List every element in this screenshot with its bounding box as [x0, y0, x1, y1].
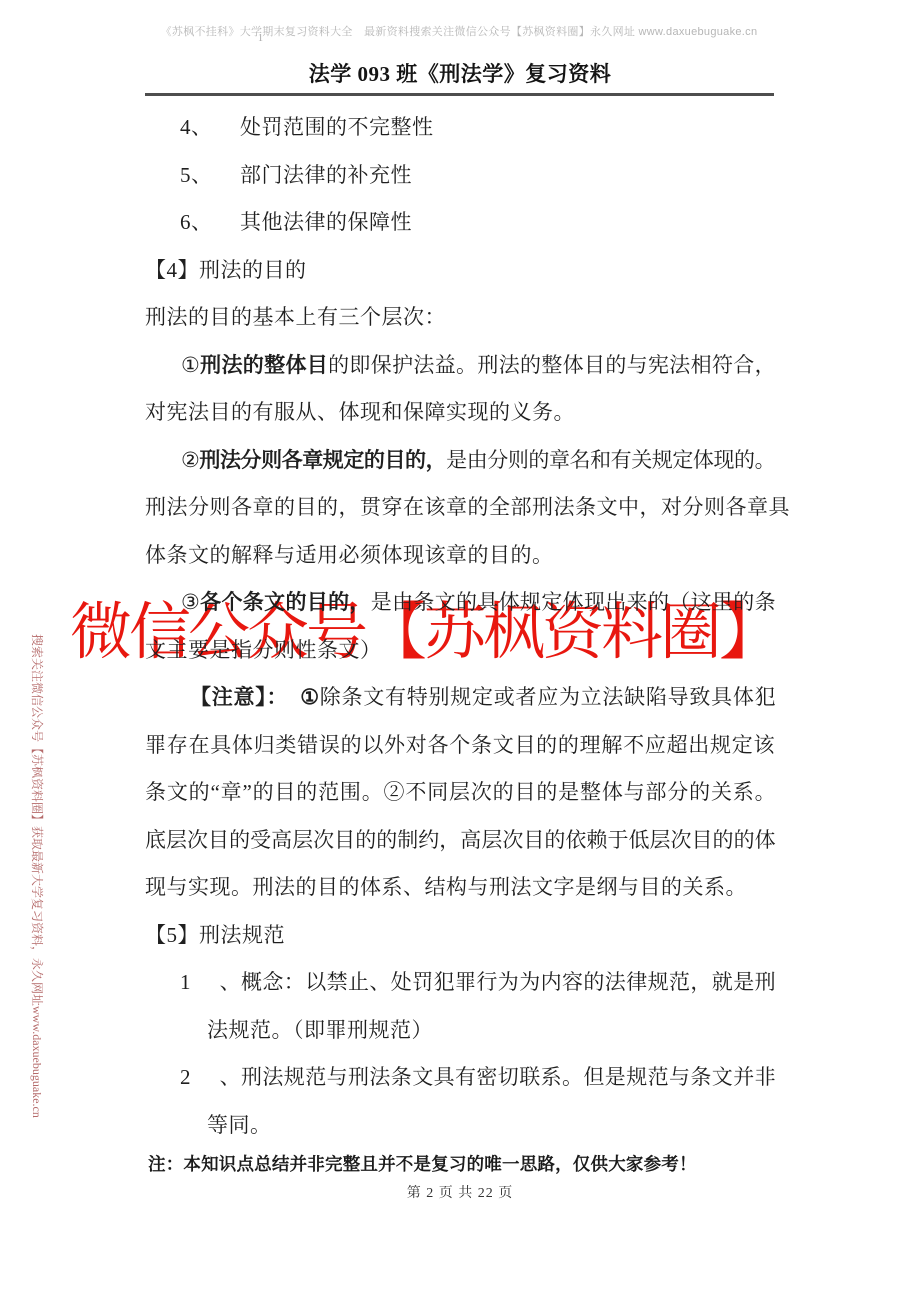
list-item-1-continuation: 法规范。（即罪刑规范） — [145, 1007, 775, 1055]
point-3-bold: 各个条文的目的， — [200, 590, 371, 614]
paragraph-point-1-line-2: 对宪法目的有服从、体现和保障实现的义务。 — [145, 389, 775, 437]
list-item-text: 其他法律的保障性 — [240, 210, 412, 234]
paragraph-point-3: ③各个条文的目的，是由条文的具体规定体现出来的（这里的条 — [145, 579, 775, 627]
list-item-2-continuation: 等同。 — [145, 1102, 775, 1150]
list-item-text: 部门法律的补充性 — [240, 163, 412, 187]
list-item-text: 处罚范围的不完整性 — [240, 115, 434, 139]
point-1-text: 的即保护法益。刑法的整体目的与宪法相符合， — [328, 353, 775, 377]
list-item-6: 6、其他法律的保障性 — [145, 199, 775, 247]
list-item-number: 6、 — [180, 199, 240, 247]
note-text: 除条文有特别规定或者应为立法缺陷导致具体犯 — [320, 685, 775, 709]
list-item-5: 5、部门法律的补充性 — [145, 152, 775, 200]
list-item-2: 2、刑法规范与刑法条文具有密切联系。但是规范与条文并非 — [145, 1054, 775, 1102]
point-3-text: 是由条文的具体规定体现出来的（这里的条 — [371, 590, 775, 614]
list-item-text: 概念：以禁止、处罚犯罪行为为内容的法律规范，就是刑 — [240, 970, 775, 994]
list-item-number: 4、 — [180, 104, 240, 152]
note-label: 【注意】： — [190, 685, 288, 709]
note-paragraph: 【注意】：①除条文有特别规定或者应为立法缺陷导致具体犯 — [145, 674, 775, 722]
point-2-bold: 刑法分则各章规定的目的， — [199, 448, 446, 472]
paragraph-intro: 刑法的目的基本上有三个层次： — [145, 294, 775, 342]
list-item-number: 5、 — [180, 152, 240, 200]
header-promo-text: 《苏枫不挂科》大学期末复习资料大全 最新资料搜索关注微信公众号【苏枫资料圈】永久… — [0, 23, 918, 39]
footer-note: 注：本知识点总结并非完整且并不是复习的唯一思路，仅供大家参考！ — [148, 1151, 697, 1176]
watermark-side-vertical: 搜索关注微信公众号【苏枫资料圈】获取最新大学复习资料，永久网址www.daxue… — [29, 634, 46, 1118]
list-item-1: 1、概念：以禁止、处罚犯罪行为为内容的法律规范，就是刑 — [145, 959, 775, 1007]
note-paragraph-line-3: 条文的“章”的目的范围。②不同层次的目的是整体与部分的关系。 — [145, 769, 775, 817]
note-paragraph-line-5: 现与实现。刑法的目的体系、结构与刑法文字是纲与目的关系。 — [145, 864, 775, 912]
list-item-number: 2、 — [180, 1054, 240, 1102]
section-heading-5: 【5】刑法规范 — [145, 912, 775, 960]
paragraph-point-2-line-3: 体条文的解释与适用必须体现该章的目的。 — [145, 532, 775, 580]
list-item-4: 4、处罚范围的不完整性 — [145, 104, 775, 152]
document-body: 4、处罚范围的不完整性 5、部门法律的补充性 6、其他法律的保障性 【4】刑法的… — [145, 104, 775, 1149]
paragraph-point-1: ①刑法的整体目的即保护法益。刑法的整体目的与宪法相符合， — [145, 342, 775, 390]
section-heading-4: 【4】刑法的目的 — [145, 247, 775, 295]
paragraph-point-3-line-2: 文主要是指分则性条文） — [145, 627, 775, 675]
page-number: 第 2 页 共 22 页 — [145, 1182, 775, 1202]
document-page: 《苏枫不挂科》大学期末复习资料大全 最新资料搜索关注微信公众号【苏枫资料圈】永久… — [0, 0, 918, 1298]
paragraph-point-2: ②刑法分则各章规定的目的，是由分则的章名和有关规定体现的。 — [145, 437, 775, 485]
list-item-number: 1、 — [180, 959, 240, 1007]
circled-number-2: ② — [181, 448, 199, 472]
note-paragraph-line-4: 底层次目的受高层次目的的制约，高层次目的依赖于低层次目的的体 — [145, 817, 775, 865]
page-title: 法学 093 班《刑法学》复习资料 — [145, 58, 775, 88]
paragraph-point-2-line-2: 刑法分则各章的目的，贯穿在该章的全部刑法条文中，对分则各章具 — [145, 484, 775, 532]
point-1-bold: 刑法的整体目 — [200, 353, 328, 377]
point-2-text: 是由分则的章名和有关规定体现的。 — [446, 448, 775, 472]
title-divider — [145, 93, 774, 96]
note-circled-number-1: ① — [300, 685, 320, 709]
note-paragraph-line-2: 罪存在具体归类错误的以外对各个条文目的的理解不应超出规定该 — [145, 722, 775, 770]
circled-number-1: ① — [181, 353, 200, 377]
list-item-text: 刑法规范与刑法条文具有密切联系。但是规范与条文并非 — [240, 1065, 775, 1089]
header-corner-mark: 1 — [258, 33, 263, 44]
circled-number-3: ③ — [181, 590, 200, 614]
